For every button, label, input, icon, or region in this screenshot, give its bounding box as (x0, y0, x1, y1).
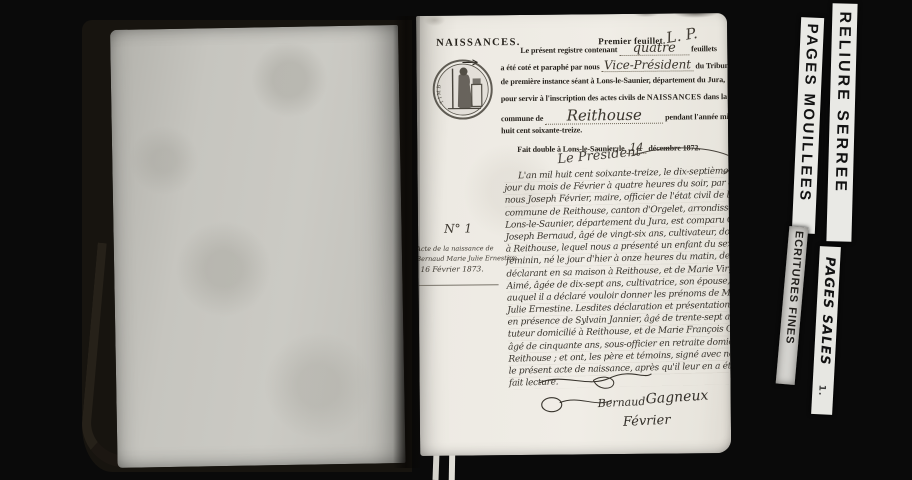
form-line-6: huit cent soixante-treize. (501, 125, 582, 135)
form-text: pour servir à l'inscription des actes ci… (501, 93, 645, 103)
form-text: feuillets (691, 44, 717, 53)
birth-act-text: L'an mil huit cent soixante-treize, le d… (504, 166, 729, 390)
margin-date: 16 Février 1873. (420, 263, 508, 275)
condition-tab-pages-mouillees: PAGES MOUILLEES (792, 17, 824, 234)
form-text: Le présent registre contenant (520, 45, 617, 55)
condition-tab-reliure-serree: RELIURE SERREE (826, 3, 857, 242)
right-register-page: Premier feuillet. L. P. NAISSANCES. TIMB… (416, 13, 731, 456)
signature-father: Bernaud (597, 395, 645, 410)
form-line-4: pour servir à l'inscription des actes ci… (501, 92, 727, 103)
margin-annotation: N° 1 Acte de la naissance de Bernaud Mar… (422, 221, 509, 286)
form-line-3: de première instance séant à Lons-le-Sau… (501, 75, 725, 86)
closing-flourish (535, 368, 655, 420)
margin-line: Bernaud Marie Julie Ernestine (416, 253, 508, 264)
form-line-2: a été coté et paraphé par nous Vice-Prés… (500, 58, 731, 73)
fill-sheet-count: quatre (619, 41, 689, 56)
page-title: NAISSANCES. (436, 37, 521, 49)
margin-divider (419, 284, 499, 286)
form-text: du Tribunal (695, 61, 731, 70)
condition-tab-pages-sales: PAGES SALES 1. (811, 246, 841, 415)
condition-tab-ecritures-fines: ECRITURES FINES (776, 226, 809, 385)
form-text-bold: NAISSANCES (647, 92, 702, 102)
paper-slip (433, 452, 440, 480)
fill-signing-officer: Vice-Président (601, 58, 693, 72)
tab-label: PAGES SALES (814, 255, 841, 368)
form-text: dans la (703, 92, 727, 101)
form-text: commune de (501, 114, 543, 123)
act-number: N° 1 (444, 221, 508, 236)
left-blank-page (110, 25, 406, 468)
book-gutter-shadow (393, 16, 420, 468)
fill-commune: Reithouse (545, 108, 663, 125)
signature-witness: Gagneux (645, 388, 709, 408)
signature-officer: Février (623, 413, 671, 430)
tab-mark: 1. (816, 384, 827, 396)
form-text: pendant l'année mil (665, 112, 731, 122)
form-line-1: Le présent registre contenant quatre feu… (520, 41, 717, 57)
timbre-stamp-icon: TIMBRE (430, 57, 495, 127)
form-text: a été coté et paraphé par nous (500, 62, 599, 72)
scanned-register-view: Premier feuillet. L. P. NAISSANCES. TIMB… (0, 0, 912, 480)
form-line-5: commune de Reithouse pendant l'année mil (501, 107, 731, 125)
